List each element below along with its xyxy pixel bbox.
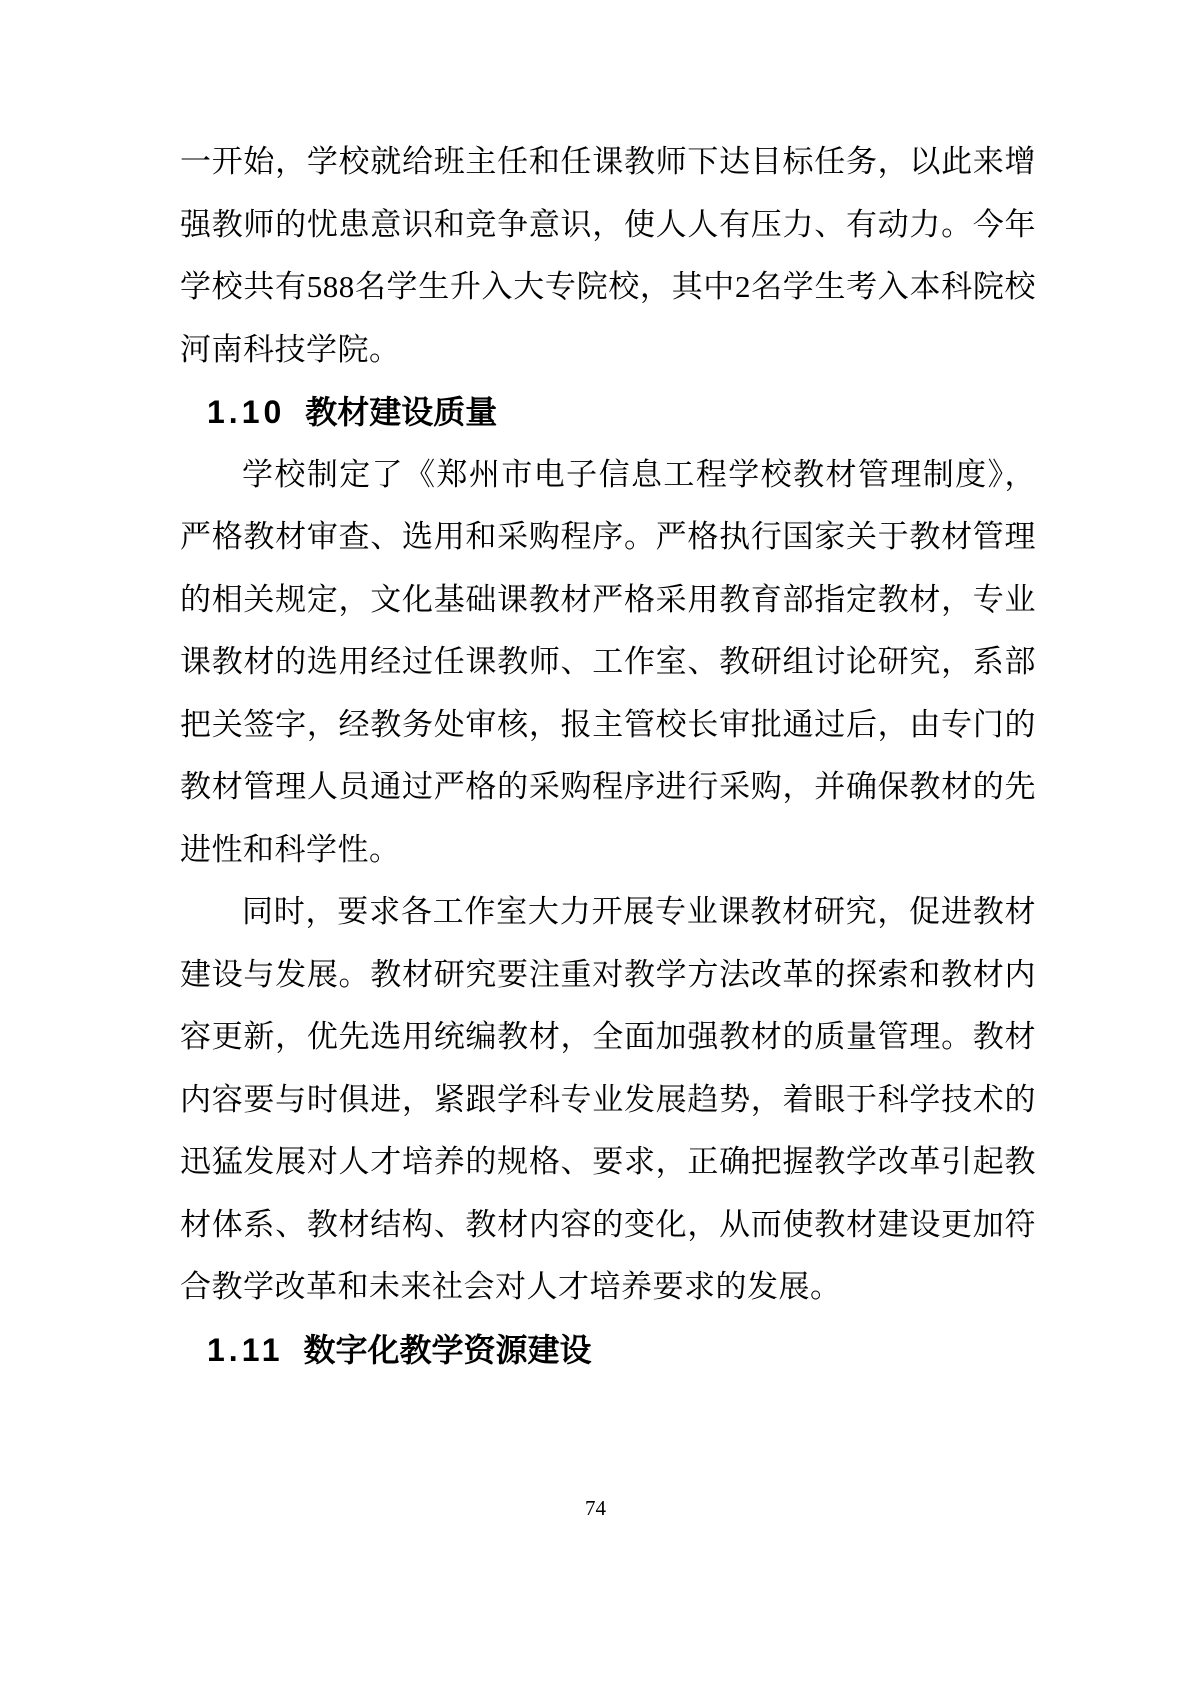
paragraph-enrollment-results: 一开始，学校就给班主任和任课教师下达目标任务，以此来增强教师的忧患意识和竞争意识… (180, 131, 1036, 381)
heading-1-11: 1.11数字化教学资源建设 (207, 1319, 1036, 1382)
page-number: 74 (0, 1494, 1191, 1522)
heading-title: 教材建设质量 (305, 394, 497, 430)
heading-number: 1.11 (207, 1332, 284, 1368)
heading-title: 数字化教学资源建设 (304, 1332, 592, 1368)
page-content: 一开始，学校就给班主任和任课教师下达目标任务，以此来增强教师的忧患意识和竞争意识… (180, 131, 1036, 1381)
paragraph-textbook-research: 同时，要求各工作室大力开展专业课教材研究，促进教材建设与发展。教材研究要注重对教… (180, 881, 1036, 1319)
document-page: 一开始，学校就给班主任和任课教师下达目标任务，以此来增强教师的忧患意识和竞争意识… (0, 0, 1191, 1684)
heading-number: 1.10 (207, 394, 285, 430)
heading-1-10: 1.10教材建设质量 (207, 381, 1036, 444)
paragraph-textbook-management: 学校制定了《郑州市电子信息工程学校教材管理制度》，严格教材审查、选用和采购程序。… (180, 444, 1036, 882)
